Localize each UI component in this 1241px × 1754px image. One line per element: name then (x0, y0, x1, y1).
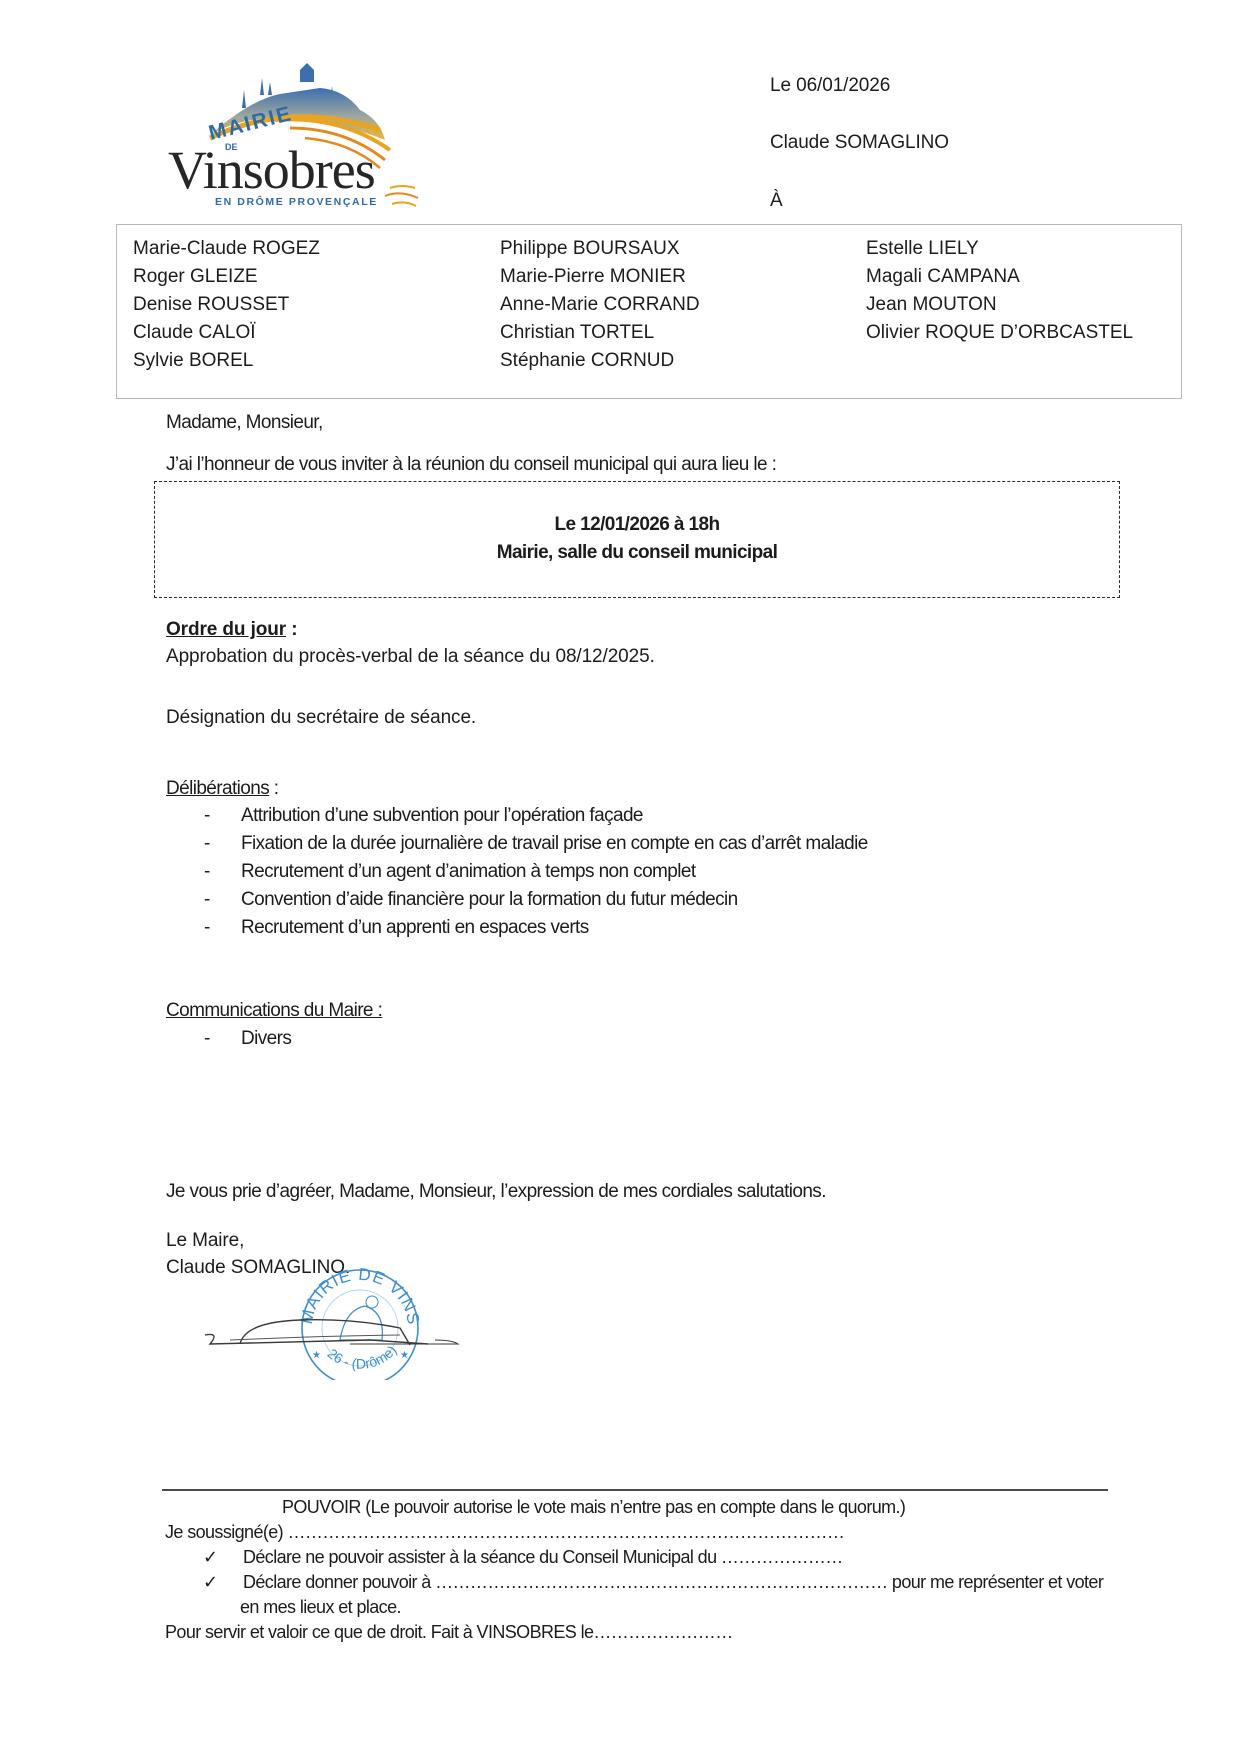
invitation-intro: J’ai l’honneur de vous inviter à la réun… (166, 454, 776, 476)
proxy-signature-place-date[interactable]: Pour servir et valoir ce que de droit. F… (165, 1621, 733, 1643)
proxy-undersigned-field[interactable]: Je soussigné(e) ………………………………………………………………… (165, 1521, 844, 1543)
communications-heading: Communications du Maire : (166, 1000, 382, 1022)
recipient-name: Anne-Marie CORRAND (500, 291, 700, 319)
deliberation-text: Fixation de la durée journalière de trav… (241, 833, 868, 855)
agenda-item: Désignation du secrétaire de séance. (166, 707, 476, 729)
deliberation-text: Attribution d’une subvention pour l’opér… (241, 805, 643, 827)
greeting: Madame, Monsieur, (166, 412, 323, 434)
deliberations-heading: Délibérations : (166, 778, 278, 800)
recipient-name: Denise ROUSSET (133, 291, 320, 319)
recipient-name: Marie-Pierre MONIER (500, 263, 700, 291)
bullet-dash: - (204, 833, 210, 855)
proxy-delegation-text[interactable]: Déclare donner pouvoir à ………………………………………… (243, 1572, 1103, 1592)
recipient-name: Olivier ROQUE D’ORBCASTEL (866, 319, 1133, 347)
proxy-form-title: POUVOIR (Le pouvoir autorise le vote mai… (282, 1496, 905, 1518)
recipient-name: Marie-Claude ROGEZ (133, 235, 320, 263)
bullet-dash: - (204, 861, 210, 883)
recipient-name: Roger GLEIZE (133, 263, 320, 291)
communication-text: Divers (241, 1028, 291, 1050)
recipient-name: Sylvie BOREL (133, 347, 320, 375)
recipients-column: Marie-Claude ROGEZ Roger GLEIZE Denise R… (133, 235, 320, 375)
agenda-heading-colon: : (286, 619, 297, 640)
mairie-vinsobres-logo: MAIRIE DE Vinsobres EN DRÔME PROVENÇALE (180, 60, 450, 220)
agenda-heading-label: Ordre du jour (166, 619, 286, 640)
proxy-absence-text[interactable]: Déclare ne pouvoir assister à la séance … (243, 1547, 843, 1567)
recipients-column: Estelle LIELY Magali CAMPANA Jean MOUTON… (866, 235, 1133, 347)
form-separator (162, 1489, 1108, 1491)
recipients-column: Philippe BOURSAUX Marie-Pierre MONIER An… (500, 235, 700, 375)
bullet-dash: - (204, 1028, 210, 1050)
addressee-label: À (770, 190, 783, 212)
deliberation-text: Recrutement d’un apprenti en espaces ver… (241, 917, 589, 939)
logo-vinsobres-text: Vinsobres (168, 140, 375, 200)
logo-subtitle-text: EN DRÔME PROVENÇALE (215, 196, 378, 208)
bullet-dash: - (204, 805, 210, 827)
proxy-delegation-declaration: ✓Déclare donner pouvoir à ……………………………………… (165, 1571, 1103, 1593)
recipient-name: Magali CAMPANA (866, 263, 1133, 291)
checkmark-icon: ✓ (165, 1571, 243, 1593)
closing-salutation: Je vous prie d’agréer, Madame, Monsieur,… (166, 1181, 826, 1203)
deliberations-heading-label: Délibérations (166, 778, 269, 799)
deliberations-heading-colon: : (269, 778, 278, 799)
bullet-dash: - (204, 917, 210, 939)
svg-text:MAIRIE DE VINSOBRES: MAIRIE DE VINSOBRES (200, 1240, 423, 1327)
recipient-name: Christian TORTEL (500, 319, 700, 347)
meeting-location: Mairie, salle du conseil municipal (155, 542, 1119, 564)
svg-text:★: ★ (400, 1350, 409, 1361)
checkmark-icon: ✓ (165, 1546, 243, 1568)
agenda-heading: Ordre du jour : (166, 619, 298, 641)
meeting-datetime: Le 12/01/2026 à 18h (155, 514, 1119, 536)
official-stamp-icon: MAIRIE DE VINSOBRES 26 - (Drôme) ★ ★ (200, 1240, 530, 1380)
recipient-name: Philippe BOURSAUX (500, 235, 700, 263)
svg-text:26 - (Drôme): 26 - (Drôme) (325, 1342, 400, 1372)
recipient-name: Claude CALOÏ (133, 319, 320, 347)
recipients-box: Marie-Claude ROGEZ Roger GLEIZE Denise R… (116, 224, 1182, 399)
recipient-name: Estelle LIELY (866, 235, 1133, 263)
agenda-item: Approbation du procès-verbal de la séanc… (166, 646, 655, 668)
letter-date: Le 06/01/2026 (770, 75, 890, 97)
svg-text:★: ★ (312, 1350, 321, 1361)
proxy-delegation-continuation: en mes lieux et place. (240, 1596, 401, 1618)
meeting-details-box: Le 12/01/2026 à 18h Mairie, salle du con… (154, 481, 1120, 598)
bullet-dash: - (204, 889, 210, 911)
recipient-name: Stéphanie CORNUD (500, 347, 700, 375)
recipient-name: Jean MOUTON (866, 291, 1133, 319)
proxy-absence-declaration: ✓Déclare ne pouvoir assister à la séance… (165, 1546, 843, 1568)
sender-name: Claude SOMAGLINO (770, 132, 949, 154)
deliberation-text: Recrutement d’un agent d’animation à tem… (241, 861, 696, 883)
deliberation-text: Convention d’aide financière pour la for… (241, 889, 738, 911)
signature-and-stamp: MAIRIE DE VINSOBRES 26 - (Drôme) ★ ★ (200, 1240, 530, 1380)
